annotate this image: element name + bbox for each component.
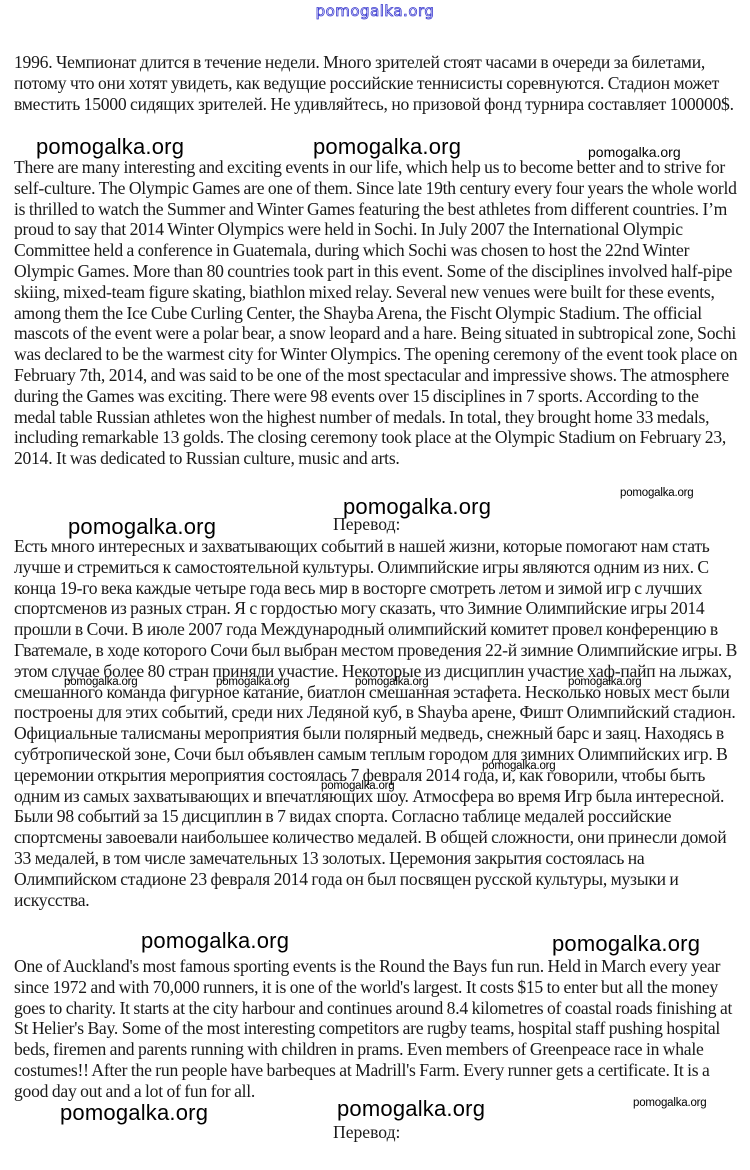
- watermark: pomogalka.org: [141, 930, 289, 952]
- top-watermark: pomogalka.org: [0, 2, 750, 20]
- watermark: pomogalka.org: [552, 933, 700, 955]
- watermark: pomogalka.org: [321, 781, 394, 793]
- watermark: pomogalka.org: [568, 677, 641, 689]
- watermark: pomogalka.org: [36, 136, 184, 158]
- watermark: pomogalka.org: [633, 1098, 706, 1110]
- watermark: pomogalka.org: [588, 145, 681, 159]
- watermark: pomogalka.org: [313, 136, 461, 158]
- watermark: pomogalka.org: [68, 516, 216, 538]
- watermark: pomogalka.org: [216, 677, 289, 689]
- paragraph-russian-tennis-tail: 1996. Чемпионат длится в течение недели.…: [14, 52, 744, 114]
- paragraph-english-olympics: There are many interesting and exciting …: [14, 157, 744, 469]
- watermark: pomogalka.org: [64, 677, 137, 689]
- watermark: pomogalka.org: [355, 677, 428, 689]
- watermark: pomogalka.org: [60, 1102, 208, 1124]
- watermark: pomogalka.org: [620, 488, 693, 500]
- watermark: pomogalka.org: [343, 496, 491, 518]
- watermark: pomogalka.org: [482, 761, 555, 773]
- paragraph-russian-olympics-translation: Есть много интересных и захватывающих со…: [14, 536, 744, 910]
- translation-heading-2: Перевод:: [333, 1122, 400, 1143]
- paragraph-english-auckland: One of Auckland's most famous sporting e…: [14, 956, 744, 1102]
- watermark: pomogalka.org: [337, 1098, 485, 1120]
